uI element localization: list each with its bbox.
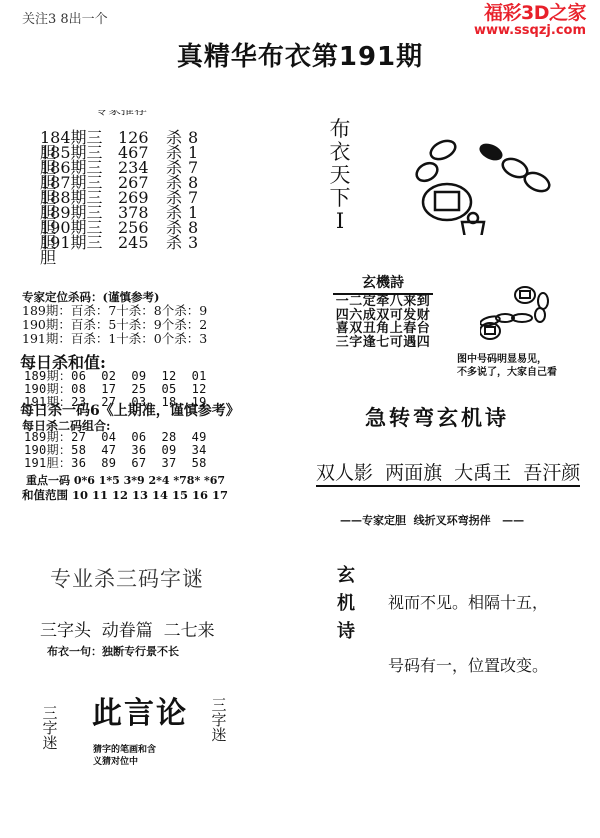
poem-line: 一二定牵八来到: [333, 295, 433, 309]
xuanji-poem: 玄機詩 一二定牵八来到 四六成双可发财 喜双丑角上春台 三字逢七可遇四: [333, 272, 433, 349]
riddle-title: 专业杀三码字谜: [50, 563, 204, 593]
poem-line: 三字逢七可遇四: [333, 336, 433, 350]
buyi-vertical-title: 布衣天下I: [328, 118, 352, 233]
expert-dan-line: ——专家定胆 线折叉环弯拐伴 ——: [340, 512, 524, 528]
follow-note: 关注3 8出一个: [22, 8, 108, 27]
focus-one-code: 重点一码 0*6 1*5 3*9 2*4 *78* *67: [26, 472, 225, 488]
riddle-line: 三字头 动眷篇 二七来: [40, 616, 215, 641]
buyi-sentence: 布衣一句：独断专行景不长: [47, 643, 179, 659]
daily-kill-two-combo: 189期：27 04 06 28 49 190期：58 47 36 09 34 …: [24, 431, 207, 470]
section-header-cut: 专家推荐: [95, 110, 147, 118]
list-item: 191胆：36 89 67 37 58: [24, 457, 207, 470]
brand-name: 福彩3D之家: [474, 2, 586, 24]
vertical-label-left: 三字迷: [42, 706, 58, 751]
section-title: 专家定位杀码：(谨慎参考): [22, 290, 207, 304]
hint-drawing-coins: [415, 130, 570, 235]
hint-drawing-chain: [480, 285, 575, 340]
list-item: 190期：百杀：5十杀：9个杀：2: [22, 318, 207, 332]
riddle-note: 猜字的笔画和含义猜对位中: [93, 744, 163, 768]
riddle-poem-line: 双人影 两面旗 大禹王 吾汗颜: [316, 458, 580, 487]
table-row: 191期三胆245杀3: [40, 235, 198, 250]
poem-line: 喜双丑角上春台: [333, 322, 433, 336]
brand-logo[interactable]: 福彩3D之家 www.ssqzj.com: [474, 2, 586, 38]
riddle-poem-title: 急转弯玄机诗: [365, 402, 509, 432]
sum-range: 和值范围 10 11 12 13 14 15 16 17: [22, 487, 228, 503]
xuanji-poem-text: 视而不见。相隔十五， 号码有一，位置改变。: [388, 550, 548, 697]
picture-note: 图中号码明显易见， 不多说了，大家自己看: [457, 353, 557, 379]
expert-position-kill: 专家定位杀码：(谨慎参考) 189期：百杀：7十杀：8个杀：9 190期：百杀：…: [22, 290, 207, 346]
list-item: 191期：百杀：1十杀：0个杀：3: [22, 332, 207, 346]
poem-line: 四六成双可发财: [333, 309, 433, 323]
riddle-phrase: 此言论: [92, 688, 188, 732]
sandan-table: 184期三胆126杀8 185期三胆467杀1 186期三胆234杀7 187期…: [40, 130, 198, 250]
page-title: 真精华布衣第191期: [0, 36, 600, 73]
xuanji-vertical-title: 玄机诗: [336, 562, 356, 646]
vertical-label-right: 三字迷: [211, 698, 227, 743]
list-item: 189期：百杀：7十杀：8个杀：9: [22, 304, 207, 318]
xuanji-poem-title: 玄機詩: [333, 272, 433, 295]
